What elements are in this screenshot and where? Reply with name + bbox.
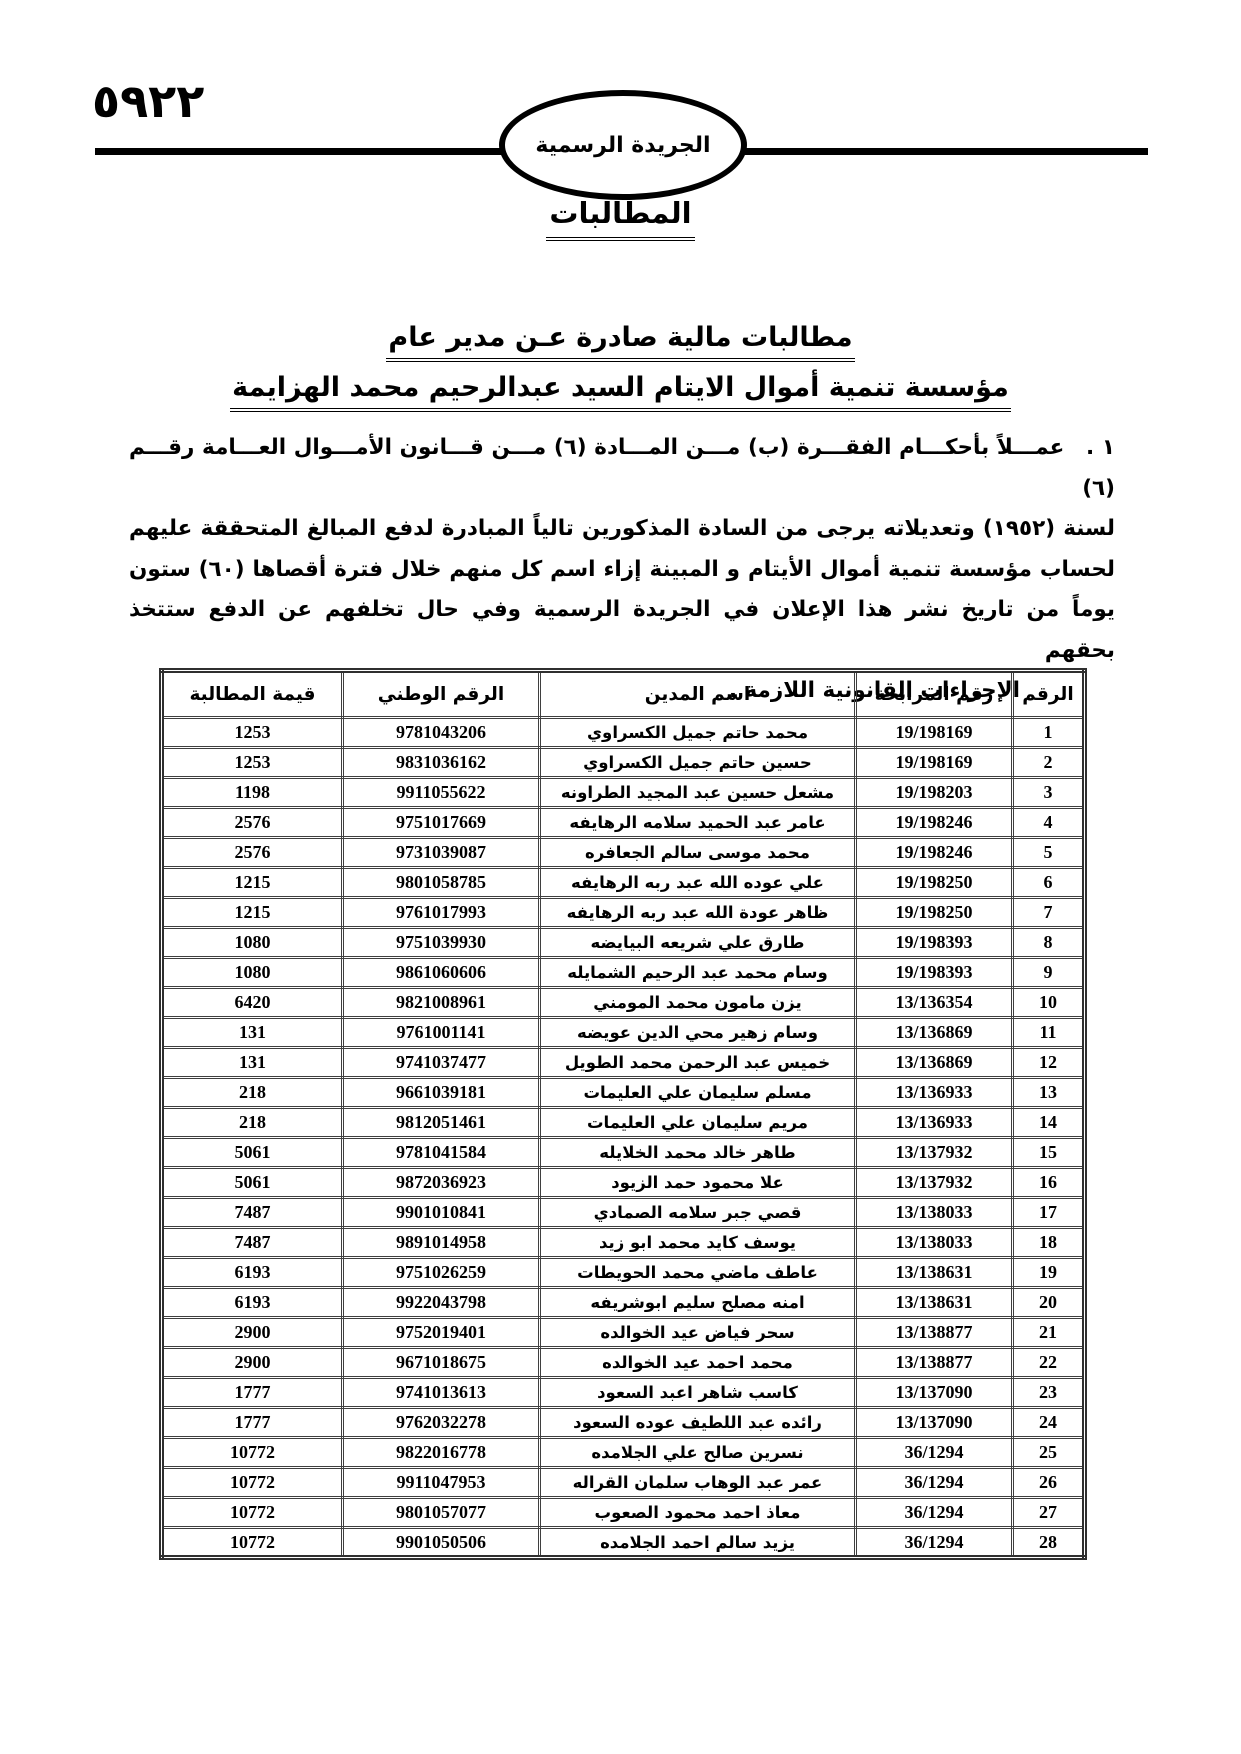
cell-debtor-name: مشعل حسين عبد المجيد الطراونه <box>540 778 856 808</box>
cell-debtor-name: خميس عبد الرحمن محمد الطويل <box>540 1048 856 1078</box>
cell-national-id: 9751039930 <box>343 928 540 958</box>
claims-table-header: الرقم رقم المرابحة اسم المدين الرقم الوط… <box>162 671 1085 718</box>
cell-serial: 2 <box>1013 748 1085 778</box>
table-row: 20 13/138631 امنه مصلح سليم ابوشريفه 992… <box>162 1288 1085 1318</box>
table-row: 27 36/1294 معاذ احمد محمود الصعوب 980105… <box>162 1498 1085 1528</box>
cell-national-id: 9821008961 <box>343 988 540 1018</box>
cell-claim-value: 10772 <box>162 1528 343 1558</box>
cell-debtor-name: كاسب شاهر اعبد السعود <box>540 1378 856 1408</box>
cell-claim-value: 10772 <box>162 1468 343 1498</box>
header-claim-value: قيمة المطالبة <box>162 671 343 718</box>
cell-serial: 28 <box>1013 1528 1085 1558</box>
cell-serial: 9 <box>1013 958 1085 988</box>
header-debtor-name: اسم المدين <box>540 671 856 718</box>
cell-national-id: 9731039087 <box>343 838 540 868</box>
cell-claim-value: 2576 <box>162 838 343 868</box>
cell-debtor-name: وسام محمد عبد الرحيم الشمايله <box>540 958 856 988</box>
page-number: ٥٩٢٢ <box>92 74 204 128</box>
header-serial: الرقم <box>1013 671 1085 718</box>
table-row: 28 36/1294 يزيد سالم احمد الجلامده 99010… <box>162 1528 1085 1558</box>
table-row: 14 13/136933 مريم سليمان علي العليمات 98… <box>162 1108 1085 1138</box>
cell-serial: 22 <box>1013 1348 1085 1378</box>
list-item-number: ١ . <box>1072 435 1115 460</box>
cell-claim-value: 5061 <box>162 1168 343 1198</box>
header-murabaha: رقم المرابحة <box>856 671 1013 718</box>
cell-claim-value: 10772 <box>162 1438 343 1468</box>
cell-claim-value: 7487 <box>162 1198 343 1228</box>
cell-murabaha: 13/136933 <box>856 1078 1013 1108</box>
cell-claim-value: 10772 <box>162 1498 343 1528</box>
cell-debtor-name: طارق علي شريعه البيايضه <box>540 928 856 958</box>
cell-claim-value: 2576 <box>162 808 343 838</box>
cell-debtor-name: يزن مامون محمد المومني <box>540 988 856 1018</box>
cell-claim-value: 1253 <box>162 748 343 778</box>
table-row: 13 13/136933 مسلم سليمان علي العليمات 96… <box>162 1078 1085 1108</box>
table-row: 10 13/136354 يزن مامون محمد المومني 9821… <box>162 988 1085 1018</box>
table-row: 19 13/138631 عاطف ماضي محمد الحويطات 975… <box>162 1258 1085 1288</box>
table-row: 6 19/198250 علي عوده الله عبد ربه الرهاي… <box>162 868 1085 898</box>
table-row: 16 13/137932 علا محمود حمد الزيود 987203… <box>162 1168 1085 1198</box>
table-row: 7 19/198250 ظاهر عودة الله عبد ربه الرها… <box>162 898 1085 928</box>
table-row: 4 19/198246 عامر عبد الحميد سلامه الرهاي… <box>162 808 1085 838</box>
subtitle-band-2: مؤسسة تنمية أموال الايتام السيد عبدالرحي… <box>0 372 1241 403</box>
cell-claim-value: 1215 <box>162 898 343 928</box>
cell-national-id: 9751017669 <box>343 808 540 838</box>
cell-serial: 4 <box>1013 808 1085 838</box>
notice-line-3: لحساب مؤسسة تنمية أموال الأيتام و المبين… <box>129 550 1115 591</box>
cell-serial: 1 <box>1013 718 1085 748</box>
cell-claim-value: 131 <box>162 1048 343 1078</box>
cell-murabaha: 19/198246 <box>856 838 1013 868</box>
cell-murabaha: 13/138631 <box>856 1258 1013 1288</box>
cell-claim-value: 2900 <box>162 1348 343 1378</box>
cell-debtor-name: سحر فياض عيد الخوالده <box>540 1318 856 1348</box>
header-row: الرقم رقم المرابحة اسم المدين الرقم الوط… <box>162 671 1085 718</box>
cell-serial: 6 <box>1013 868 1085 898</box>
cell-debtor-name: قصي جبر سلامه الصمادي <box>540 1198 856 1228</box>
cell-murabaha: 13/137932 <box>856 1138 1013 1168</box>
cell-serial: 26 <box>1013 1468 1085 1498</box>
cell-murabaha: 13/138033 <box>856 1198 1013 1228</box>
cell-murabaha: 13/138877 <box>856 1348 1013 1378</box>
section-title-band: المطالبات <box>0 196 1241 230</box>
cell-debtor-name: يوسف كايد محمد ابو زيد <box>540 1228 856 1258</box>
subtitle-line-1: مطالبات مالية صادرة عـن مدير عام <box>386 322 854 362</box>
cell-serial: 20 <box>1013 1288 1085 1318</box>
cell-debtor-name: معاذ احمد محمود الصعوب <box>540 1498 856 1528</box>
cell-national-id: 9911055622 <box>343 778 540 808</box>
cell-serial: 14 <box>1013 1108 1085 1138</box>
cell-serial: 19 <box>1013 1258 1085 1288</box>
cell-serial: 3 <box>1013 778 1085 808</box>
cell-debtor-name: حسين حاتم جميل الكسراوي <box>540 748 856 778</box>
table-row: 21 13/138877 سحر فياض عيد الخوالده 97520… <box>162 1318 1085 1348</box>
cell-murabaha: 13/137932 <box>856 1168 1013 1198</box>
notice-line-4: يوماً من تاريخ نشر هذا الإعلان في الجريد… <box>129 590 1115 671</box>
cell-murabaha: 19/198246 <box>856 808 1013 838</box>
table-row: 18 13/138033 يوسف كايد محمد ابو زيد 9891… <box>162 1228 1085 1258</box>
cell-claim-value: 1215 <box>162 868 343 898</box>
cell-national-id: 9812051461 <box>343 1108 540 1138</box>
table-row: 1 19/198169 محمد حاتم جميل الكسراوي 9781… <box>162 718 1085 748</box>
cell-claim-value: 1777 <box>162 1378 343 1408</box>
table-row: 8 19/198393 طارق علي شريعه البيايضه 9751… <box>162 928 1085 958</box>
cell-claim-value: 6193 <box>162 1288 343 1318</box>
cell-national-id: 9761017993 <box>343 898 540 928</box>
cell-national-id: 9922043798 <box>343 1288 540 1318</box>
cell-murabaha: 13/138877 <box>856 1318 1013 1348</box>
section-title: المطالبات <box>546 196 694 241</box>
notice-line-1: ١ . عمـــلاً بأحكـــام الفقـــرة (ب) مــ… <box>129 428 1115 509</box>
cell-national-id: 9762032278 <box>343 1408 540 1438</box>
cell-murabaha: 13/136869 <box>856 1018 1013 1048</box>
gazette-seal: الجريدة الرسمية <box>499 90 747 200</box>
table-row: 9 19/198393 وسام محمد عبد الرحيم الشمايل… <box>162 958 1085 988</box>
cell-debtor-name: محمد احمد عيد الخوالده <box>540 1348 856 1378</box>
cell-murabaha: 19/198169 <box>856 748 1013 778</box>
cell-serial: 15 <box>1013 1138 1085 1168</box>
notice-line-1-text: عمـــلاً بأحكـــام الفقـــرة (ب) مـــن ا… <box>129 435 1115 501</box>
gazette-page: { "page": { "number": "٥٩٢٢", "gazette_l… <box>0 0 1241 1754</box>
cell-murabaha: 13/137090 <box>856 1378 1013 1408</box>
table-row: 5 19/198246 محمد موسى سالم الجعافره 9731… <box>162 838 1085 868</box>
cell-national-id: 9901010841 <box>343 1198 540 1228</box>
cell-serial: 23 <box>1013 1378 1085 1408</box>
cell-national-id: 9831036162 <box>343 748 540 778</box>
cell-debtor-name: مسلم سليمان علي العليمات <box>540 1078 856 1108</box>
cell-national-id: 9761001141 <box>343 1018 540 1048</box>
cell-national-id: 9891014958 <box>343 1228 540 1258</box>
table-row: 26 36/1294 عمر عبد الوهاب سلمان القراله … <box>162 1468 1085 1498</box>
cell-murabaha: 19/198393 <box>856 928 1013 958</box>
table-row: 25 36/1294 نسرين صالح علي الجلامده 98220… <box>162 1438 1085 1468</box>
cell-national-id: 9911047953 <box>343 1468 540 1498</box>
cell-national-id: 9801057077 <box>343 1498 540 1528</box>
cell-serial: 5 <box>1013 838 1085 868</box>
table-row: 11 13/136869 وسام زهير محي الدين عويضه 9… <box>162 1018 1085 1048</box>
cell-national-id: 9751026259 <box>343 1258 540 1288</box>
cell-claim-value: 1253 <box>162 718 343 748</box>
cell-national-id: 9671018675 <box>343 1348 540 1378</box>
cell-national-id: 9752019401 <box>343 1318 540 1348</box>
cell-serial: 24 <box>1013 1408 1085 1438</box>
table-row: 23 13/137090 كاسب شاهر اعبد السعود 97410… <box>162 1378 1085 1408</box>
gazette-seal-label: الجريدة الرسمية <box>535 133 710 158</box>
header-national-id: الرقم الوطني <box>343 671 540 718</box>
cell-debtor-name: مريم سليمان علي العليمات <box>540 1108 856 1138</box>
table-row: 3 19/198203 مشعل حسين عبد المجيد الطراون… <box>162 778 1085 808</box>
cell-serial: 11 <box>1013 1018 1085 1048</box>
table-row: 24 13/137090 رائده عبد اللطيف عوده السعو… <box>162 1408 1085 1438</box>
table-row: 12 13/136869 خميس عبد الرحمن محمد الطويل… <box>162 1048 1085 1078</box>
cell-serial: 12 <box>1013 1048 1085 1078</box>
cell-claim-value: 218 <box>162 1078 343 1108</box>
subtitle-line-2: مؤسسة تنمية أموال الايتام السيد عبدالرحي… <box>230 372 1011 412</box>
cell-claim-value: 6193 <box>162 1258 343 1288</box>
cell-claim-value: 5061 <box>162 1138 343 1168</box>
cell-serial: 8 <box>1013 928 1085 958</box>
cell-murabaha: 19/198203 <box>856 778 1013 808</box>
cell-national-id: 9741037477 <box>343 1048 540 1078</box>
cell-claim-value: 1777 <box>162 1408 343 1438</box>
cell-claim-value: 2900 <box>162 1318 343 1348</box>
cell-serial: 27 <box>1013 1498 1085 1528</box>
cell-debtor-name: امنه مصلح سليم ابوشريفه <box>540 1288 856 1318</box>
cell-debtor-name: عمر عبد الوهاب سلمان القراله <box>540 1468 856 1498</box>
cell-debtor-name: علا محمود حمد الزيود <box>540 1168 856 1198</box>
subtitle-band-1: مطالبات مالية صادرة عـن مدير عام <box>0 322 1241 353</box>
cell-national-id: 9861060606 <box>343 958 540 988</box>
cell-national-id: 9801058785 <box>343 868 540 898</box>
cell-claim-value: 218 <box>162 1108 343 1138</box>
cell-murabaha: 36/1294 <box>856 1438 1013 1468</box>
cell-national-id: 9741013613 <box>343 1378 540 1408</box>
table-row: 15 13/137932 طاهر خالد محمد الخلايله 978… <box>162 1138 1085 1168</box>
cell-national-id: 9872036923 <box>343 1168 540 1198</box>
cell-debtor-name: محمد حاتم جميل الكسراوي <box>540 718 856 748</box>
table-row: 22 13/138877 محمد احمد عيد الخوالده 9671… <box>162 1348 1085 1378</box>
cell-claim-value: 1198 <box>162 778 343 808</box>
cell-serial: 18 <box>1013 1228 1085 1258</box>
cell-murabaha: 19/198250 <box>856 868 1013 898</box>
cell-claim-value: 1080 <box>162 958 343 988</box>
cell-claim-value: 131 <box>162 1018 343 1048</box>
cell-serial: 10 <box>1013 988 1085 1018</box>
cell-claim-value: 1080 <box>162 928 343 958</box>
cell-national-id: 9901050506 <box>343 1528 540 1558</box>
cell-debtor-name: يزيد سالم احمد الجلامده <box>540 1528 856 1558</box>
cell-serial: 17 <box>1013 1198 1085 1228</box>
table-row: 17 13/138033 قصي جبر سلامه الصمادي 99010… <box>162 1198 1085 1228</box>
cell-debtor-name: نسرين صالح علي الجلامده <box>540 1438 856 1468</box>
cell-murabaha: 36/1294 <box>856 1498 1013 1528</box>
cell-debtor-name: رائده عبد اللطيف عوده السعود <box>540 1408 856 1438</box>
cell-murabaha: 19/198250 <box>856 898 1013 928</box>
cell-murabaha: 36/1294 <box>856 1468 1013 1498</box>
cell-murabaha: 13/136869 <box>856 1048 1013 1078</box>
claims-table: الرقم رقم المرابحة اسم المدين الرقم الوط… <box>159 668 1087 1560</box>
cell-serial: 25 <box>1013 1438 1085 1468</box>
cell-murabaha: 13/138631 <box>856 1288 1013 1318</box>
cell-murabaha: 36/1294 <box>856 1528 1013 1558</box>
claims-table-body: 1 19/198169 محمد حاتم جميل الكسراوي 9781… <box>162 718 1085 1558</box>
cell-debtor-name: طاهر خالد محمد الخلايله <box>540 1138 856 1168</box>
cell-debtor-name: عامر عبد الحميد سلامه الرهايفه <box>540 808 856 838</box>
cell-murabaha: 19/198393 <box>856 958 1013 988</box>
cell-serial: 16 <box>1013 1168 1085 1198</box>
cell-claim-value: 7487 <box>162 1228 343 1258</box>
cell-national-id: 9661039181 <box>343 1078 540 1108</box>
cell-national-id: 9781041584 <box>343 1138 540 1168</box>
cell-national-id: 9822016778 <box>343 1438 540 1468</box>
cell-serial: 21 <box>1013 1318 1085 1348</box>
cell-serial: 13 <box>1013 1078 1085 1108</box>
cell-claim-value: 6420 <box>162 988 343 1018</box>
cell-murabaha: 13/138033 <box>856 1228 1013 1258</box>
cell-debtor-name: عاطف ماضي محمد الحويطات <box>540 1258 856 1288</box>
cell-murabaha: 13/137090 <box>856 1408 1013 1438</box>
cell-debtor-name: علي عوده الله عبد ربه الرهايفه <box>540 868 856 898</box>
cell-debtor-name: وسام زهير محي الدين عويضه <box>540 1018 856 1048</box>
cell-serial: 7 <box>1013 898 1085 928</box>
cell-murabaha: 13/136933 <box>856 1108 1013 1138</box>
cell-murabaha: 19/198169 <box>856 718 1013 748</box>
cell-debtor-name: ظاهر عودة الله عبد ربه الرهايفه <box>540 898 856 928</box>
cell-murabaha: 13/136354 <box>856 988 1013 1018</box>
cell-national-id: 9781043206 <box>343 718 540 748</box>
table-row: 2 19/198169 حسين حاتم جميل الكسراوي 9831… <box>162 748 1085 778</box>
notice-line-2: لسنة (١٩٥٢) وتعديلاته يرجى من السادة الم… <box>129 509 1115 550</box>
cell-debtor-name: محمد موسى سالم الجعافره <box>540 838 856 868</box>
